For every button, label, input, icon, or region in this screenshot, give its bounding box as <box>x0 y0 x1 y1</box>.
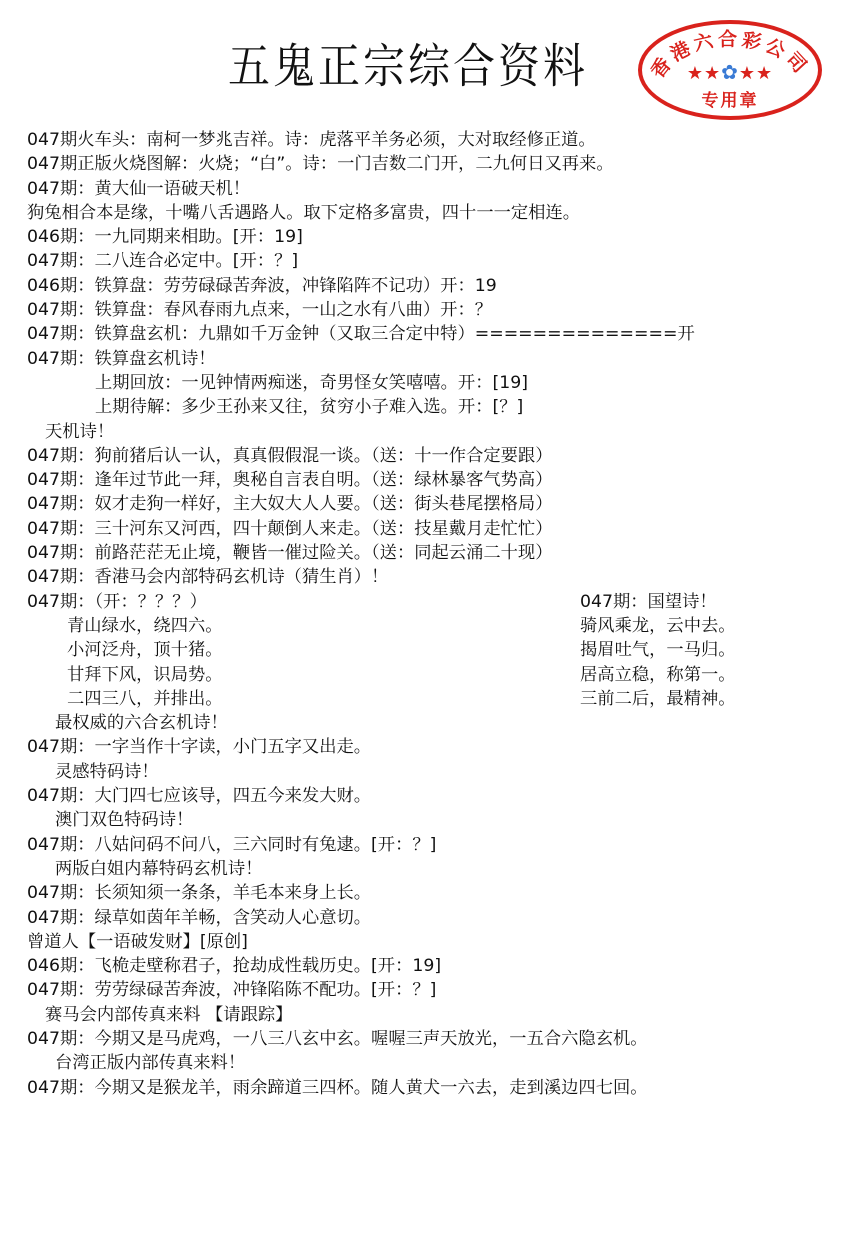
text-line: 047期：香港马会内部特码玄机诗（猜生肖）！ <box>27 565 831 589</box>
seal-sub-text: 专用章 <box>642 86 818 111</box>
text-line: 046期：飞桅走壁称君子，抢劫成性载历史。[开：19] <box>27 954 831 978</box>
poem-header: 047期：（开：？？？） <box>27 590 223 614</box>
text-line: 047期：八姑问码不问八，三六同时有兔逮。[开：？] <box>27 833 831 857</box>
poem-verse: 骑风乘龙，云中去。 <box>580 614 736 638</box>
text-line: 046期：铁算盘：劳劳碌碌苦奔波，冲锋陷阵不记功）开：19 <box>27 274 831 298</box>
flower-icon: ✿ <box>721 60 739 84</box>
poem-verse: 小河泛舟，顶十猪。 <box>27 638 223 662</box>
section-heading: 赛马会内部传真来料 【请跟踪】 <box>27 1003 831 1027</box>
poem-verse: 居高立稳，称第一。 <box>580 663 736 687</box>
text-line: 047期：今期又是马虎鸡，一八三八玄中玄。喔喔三声天放光，一五合六隐玄机。 <box>27 1027 831 1051</box>
text-line: 狗兔相合本是缘，十嘴八舌遇路人。取下定格多富贵，四十一一定相连。 <box>27 201 831 225</box>
seal-stars-icon: ★★✿★★ <box>642 60 818 84</box>
section-heading: 最权威的六合玄机诗！ <box>27 711 831 735</box>
poem-verse: 二四三八，并排出。 <box>27 687 223 711</box>
replay-pending: 上期待解：多少王孙来又往，贫穷小子难入选。开：[？] <box>27 395 831 419</box>
section-heading: 台湾正版内部传真来料！ <box>27 1051 831 1075</box>
text-line: 047期：二八连合必定中。[开：？] <box>27 249 831 273</box>
two-column-poems: 047期：（开：？？？） 青山绿水，绕四六。 小河泛舟，顶十猪。 甘拜下风，识局… <box>27 590 831 712</box>
poem-verse: 青山绿水，绕四六。 <box>27 614 223 638</box>
section-heading: 曾道人【一语破发财】[原创] <box>27 930 831 954</box>
text-line: 047期：一字当作十字读，小门五字又出走。 <box>27 735 831 759</box>
poem-verse: 甘拜下风，识局势。 <box>27 663 223 687</box>
text-line: 047期：劳劳绿碌苦奔波，冲锋陷陈不配功。[开：？] <box>27 978 831 1002</box>
document-body: 047期火车头：南柯一梦兆吉祥。诗：虎落平羊务必须，大对取经修正道。 047期正… <box>27 128 831 1100</box>
text-line: 047期：铁算盘玄机诗！ <box>27 347 831 371</box>
text-line: 047期：奴才走狗一样好，主大奴大人人要。（送：街头巷尾摆格局） <box>27 492 831 516</box>
text-line: 047期：大门四七应该导，四五今来发大财。 <box>27 784 831 808</box>
section-heading: 澳门双色特码诗！ <box>27 808 831 832</box>
text-line: 046期：一九同期来相助。[开：19] <box>27 225 831 249</box>
text-line: 047期：铁算盘玄机：九鼎如千万金钟（又取三合定中特）=============… <box>27 322 831 346</box>
poem-header: 047期：国望诗！ <box>580 590 736 614</box>
text-line: 047期：绿草如茵年羊畅，含笑动人心意切。 <box>27 906 831 930</box>
text-line: 047期：前路茫茫无止境，鞭皆一催过险关。（送：同起云涌二十现） <box>27 541 831 565</box>
right-poem: 047期：国望诗！ 骑风乘龙，云中去。 揭眉吐气，一马归。 居高立稳，称第一。 … <box>580 590 736 711</box>
text-line: 047期：今期又是猴龙羊，雨余蹄道三四杯。随人黄犬一六去，走到溪边四七回。 <box>27 1076 831 1100</box>
poem-verse: 揭眉吐气，一马归。 <box>580 638 736 662</box>
text-line: 047期：长须知须一条条，羊毛本来身上长。 <box>27 881 831 905</box>
text-line: 047期：狗前猪后认一认，真真假假混一谈。（送：十一作合定要跟） <box>27 444 831 468</box>
text-line: 047期：三十河东又河西，四十颠倒人来走。（送：技星戴月走忙忙） <box>27 517 831 541</box>
text-line: 047期：黄大仙一语破天机！ <box>27 177 831 201</box>
section-heading: 两版白姐内幕特码玄机诗！ <box>27 857 831 881</box>
replay-last-period: 上期回放：一见钟情两痴迷，奇男怪女笑嘻嘻。开：[19] <box>27 371 831 395</box>
section-heading: 天机诗！ <box>27 420 831 444</box>
text-line: 047期火车头：南柯一梦兆吉祥。诗：虎落平羊务必须，大对取经修正道。 <box>27 128 831 152</box>
company-seal-stamp: 香港六合彩公司 ★★✿★★ 专用章 <box>638 20 822 120</box>
left-poem: 047期：（开：？？？） 青山绿水，绕四六。 小河泛舟，顶十猪。 甘拜下风，识局… <box>27 590 223 711</box>
text-line: 047期正版火烧图解：火烧；“白”。诗：一门吉数二门开，二九何日又再来。 <box>27 152 831 176</box>
section-heading: 灵感特码诗！ <box>27 760 831 784</box>
text-line: 047期：铁算盘：春风春雨九点来，一山之水有八曲）开：？ <box>27 298 831 322</box>
page-title: 五鬼正宗综合资料 <box>228 30 588 97</box>
poem-verse: 三前二后，最精神。 <box>580 687 736 711</box>
text-line: 047期：逢年过节此一拜，奥秘自言表自明。（送：绿林暴客气势高） <box>27 468 831 492</box>
